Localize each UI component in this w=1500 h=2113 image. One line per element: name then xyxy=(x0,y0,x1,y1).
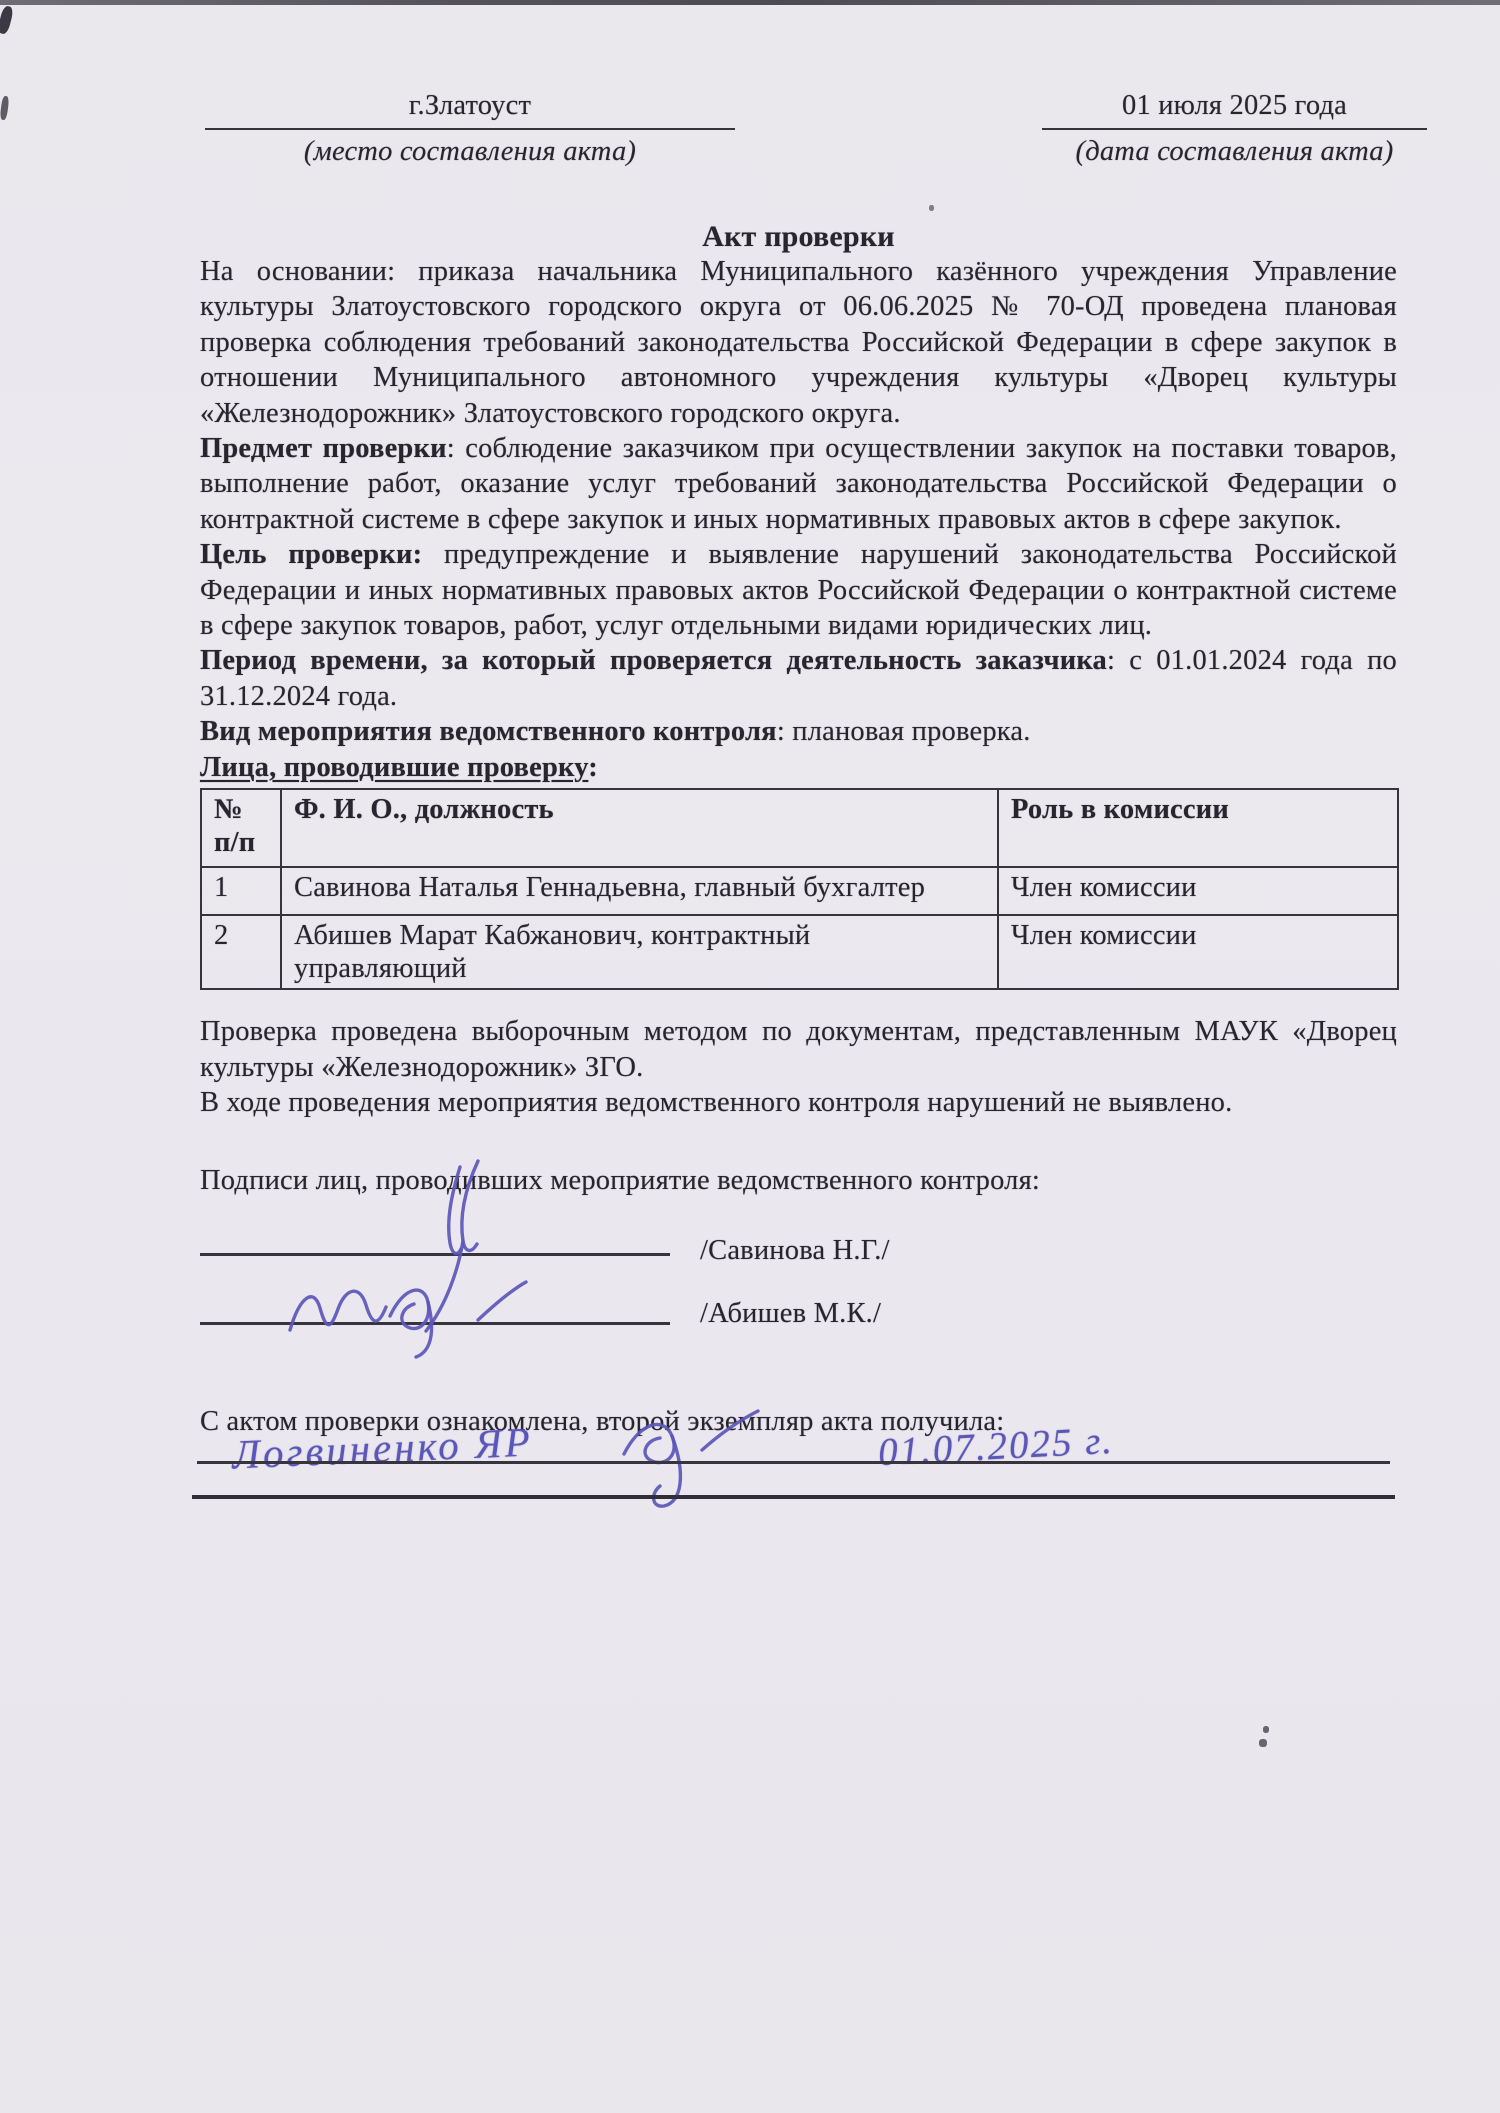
inspectors-caption-text: Лица, проводившие проверку xyxy=(200,752,588,783)
signature-label: /Савинова Н.Г./ xyxy=(700,1233,890,1268)
date-of-act: 01 июля 2025 года xyxy=(1042,88,1427,130)
paragraph-period-lead: Период времени, за который проверяется д… xyxy=(200,645,1107,676)
column-header-num: № п/п xyxy=(201,789,281,867)
scan-speck xyxy=(1263,1726,1269,1733)
paragraph-conclusion: В ходе проведения мероприятия ведомствен… xyxy=(200,1085,1397,1120)
paragraph-goal: Цель проверки: предупреждение и выявлени… xyxy=(200,537,1397,643)
cell-role: Член комиссии xyxy=(998,915,1398,989)
date-caption: (дата составления акта) xyxy=(1042,130,1427,169)
table-header-row: № п/п Ф. И. О., должность Роль в комисси… xyxy=(201,789,1398,867)
cell-role: Член комиссии xyxy=(998,867,1398,915)
paragraph-control-type-lead: Вид мероприятия ведомственного контроля xyxy=(200,716,777,747)
scan-speck xyxy=(929,205,934,211)
cell-name: Абишев Марат Кабжанович, контрактный упр… xyxy=(281,915,998,989)
paragraph-control-type-text: : плановая проверка. xyxy=(777,716,1031,747)
place-of-act: г.Златоуст xyxy=(205,88,735,130)
table-row: 2 Абишев Марат Кабжанович, контрактный у… xyxy=(201,915,1398,989)
paragraph-control-type: Вид мероприятия ведомственного контроля:… xyxy=(200,714,1397,749)
scan-speck xyxy=(0,5,14,35)
cell-name: Савинова Наталья Геннадьевна, главный бу… xyxy=(281,867,998,915)
table-row: 1 Савинова Наталья Геннадьевна, главный … xyxy=(201,867,1398,915)
cell-num: 1 xyxy=(201,867,281,915)
place-caption: (место составления акта) xyxy=(205,130,735,169)
acknowledgement-line xyxy=(192,1495,1395,1499)
signature-label: /Абишев М.К./ xyxy=(700,1296,881,1331)
paragraph-period: Период времени, за который проверяется д… xyxy=(200,643,1397,714)
signatures-heading: Подписи лиц, проводивших мероприятие вед… xyxy=(200,1163,1397,1198)
paragraph-basis: На основании: приказа начальника Муницип… xyxy=(200,254,1397,431)
handwritten-signature-abishev xyxy=(278,1274,568,1369)
column-header-name: Ф. И. О., должность xyxy=(281,789,998,867)
inspectors-caption: Лица, проводившие проверку: xyxy=(200,750,1397,785)
scanned-document-page: г.Златоуст (место составления акта) 01 и… xyxy=(0,0,1500,2113)
scan-speck xyxy=(1259,1739,1267,1747)
paragraph-subject: Предмет проверки: соблюдение заказчиком … xyxy=(200,431,1397,537)
inspectors-caption-colon: : xyxy=(588,752,598,783)
paragraph-subject-lead: Предмет проверки xyxy=(200,433,447,464)
scan-edge-artifact xyxy=(0,0,1500,5)
paragraph-method: Проверка проведена выборочным методом по… xyxy=(200,1014,1397,1085)
acknowledgement-line xyxy=(197,1461,1390,1464)
cell-num: 2 xyxy=(201,915,281,989)
header-place-block: г.Златоуст (место составления акта) xyxy=(205,88,735,170)
document-body: На основании: приказа начальника Муницип… xyxy=(200,254,1397,1120)
paragraph-goal-lead: Цель проверки: xyxy=(200,539,422,570)
inspectors-table: № п/п Ф. И. О., должность Роль в комисси… xyxy=(200,788,1399,990)
header-date-block: 01 июля 2025 года (дата составления акта… xyxy=(1042,88,1427,170)
scan-speck xyxy=(0,96,9,121)
column-header-role: Роль в комиссии xyxy=(998,789,1398,867)
paragraph-basis-text: На основании: приказа начальника Муницип… xyxy=(200,256,1397,429)
document-title: Акт проверки xyxy=(200,219,1397,254)
